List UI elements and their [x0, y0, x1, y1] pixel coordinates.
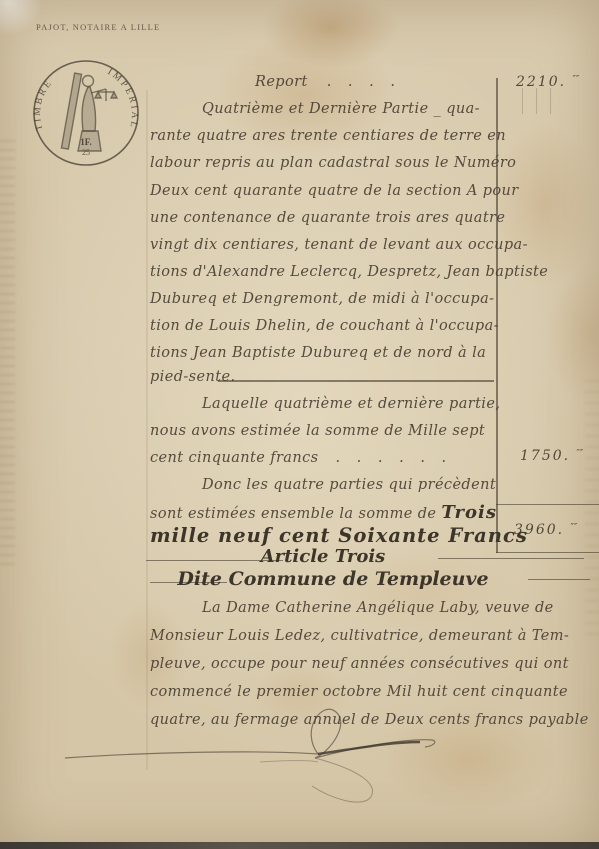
- margin-amount-3960: 3960. ″″: [514, 522, 577, 538]
- text-line: Monsieur Louis Ledez, cultivatrice, deme…: [150, 628, 496, 644]
- amount-value: 3960.: [514, 522, 564, 538]
- ink-bleedthrough-right: [585, 380, 599, 640]
- sum-prefix: sont estimées ensemble la somme de: [150, 506, 441, 522]
- report-amount: 2210. ″″: [516, 74, 579, 90]
- report-leader-dots: . . . .: [313, 74, 401, 90]
- heading-rule-right: [438, 558, 584, 559]
- margin-amount-1750: 1750. ″″: [520, 448, 583, 464]
- text-line: pleuve, occupe pour neuf années consécut…: [150, 656, 496, 672]
- text-line: Donc les quatre parties qui précèdent: [150, 477, 548, 493]
- paraph-flourish-icon: [60, 690, 480, 820]
- seal-left-arc-label: TIMBRE: [33, 78, 55, 132]
- text-line-fragment: cent cinquante francs: [150, 450, 318, 466]
- margin-cell-rule-top: [496, 504, 599, 505]
- text-line: Deux cent quarante quatre de la section …: [150, 183, 496, 199]
- text-line: tions d'Alexandre Leclercq, Despretz, Je…: [150, 264, 496, 280]
- text-line: vingt dix centiares, tenant de levant au…: [150, 237, 496, 253]
- notary-stamp-text: PAJOT, NOTAIRE A LILLE: [36, 22, 160, 32]
- text-line: Dubureq et Dengremont, de midi à l'occup…: [150, 291, 496, 307]
- report-amount-value: 2210.: [516, 74, 566, 90]
- amount-cents: ″″: [571, 523, 578, 533]
- text-line: cent cinquante francs . . . . . .: [150, 450, 496, 466]
- amount-cents: ″″: [577, 449, 584, 459]
- fill-rule: [218, 380, 494, 382]
- sum-total-line: mille neuf cent Soixante Francs: [150, 524, 496, 547]
- scan-bottom-edge: [0, 842, 599, 849]
- amount-value: 1750.: [520, 448, 570, 464]
- text-line-sum: sont estimées ensemble la somme de Trois: [150, 502, 496, 523]
- document-page: PAJOT, NOTAIRE A LILLE TIMBRE IMPERIAL 1…: [0, 0, 599, 849]
- report-amount-cents: ″″: [573, 75, 580, 85]
- text-line: labour repris au plan cadastral sous le …: [150, 155, 496, 171]
- text-line: nous avons estimée la somme de Mille sep…: [150, 423, 496, 439]
- text-line: tions Jean Baptiste Dubureq et de nord à…: [150, 345, 496, 361]
- text-line: pied-sente.: [150, 369, 496, 385]
- imperial-seal: TIMBRE IMPERIAL 1F. 25: [28, 55, 144, 171]
- text-line: tion de Louis Dhelin, de couchant à l'oc…: [150, 318, 496, 334]
- fold-crease: [146, 90, 148, 770]
- text-line: Laquelle quatrième et dernière partie,: [150, 396, 548, 412]
- report-label: Report: [150, 74, 308, 90]
- report-row: Report . . . .: [150, 74, 496, 90]
- commune-heading: Dite Commune de Templeuve: [160, 568, 506, 590]
- pencil-tick: [550, 88, 551, 114]
- article-heading: Article Trois: [150, 546, 496, 567]
- seal-right-arc-label: IMPERIAL: [106, 67, 140, 130]
- text-line: Quatrième et Dernière Partie _ qua-: [150, 101, 548, 117]
- ink-bleedthrough-left: [0, 140, 15, 570]
- seal-value-top: 1F.: [80, 137, 91, 147]
- sum-emphasis: Trois: [441, 502, 497, 523]
- margin-cell-rule-bottom: [496, 552, 599, 553]
- seal-value-bottom: 25: [82, 148, 90, 157]
- text-line: une contenance de quarante trois ares qu…: [150, 210, 496, 226]
- leader-dots: . . . . . .: [323, 450, 452, 466]
- text-line: La Dame Catherine Angélique Laby, veuve …: [150, 600, 548, 616]
- text-line: rante quatre ares trente centiares de te…: [150, 128, 496, 144]
- heading-rule-right: [528, 579, 590, 580]
- margin-vertical-rule: [496, 78, 498, 553]
